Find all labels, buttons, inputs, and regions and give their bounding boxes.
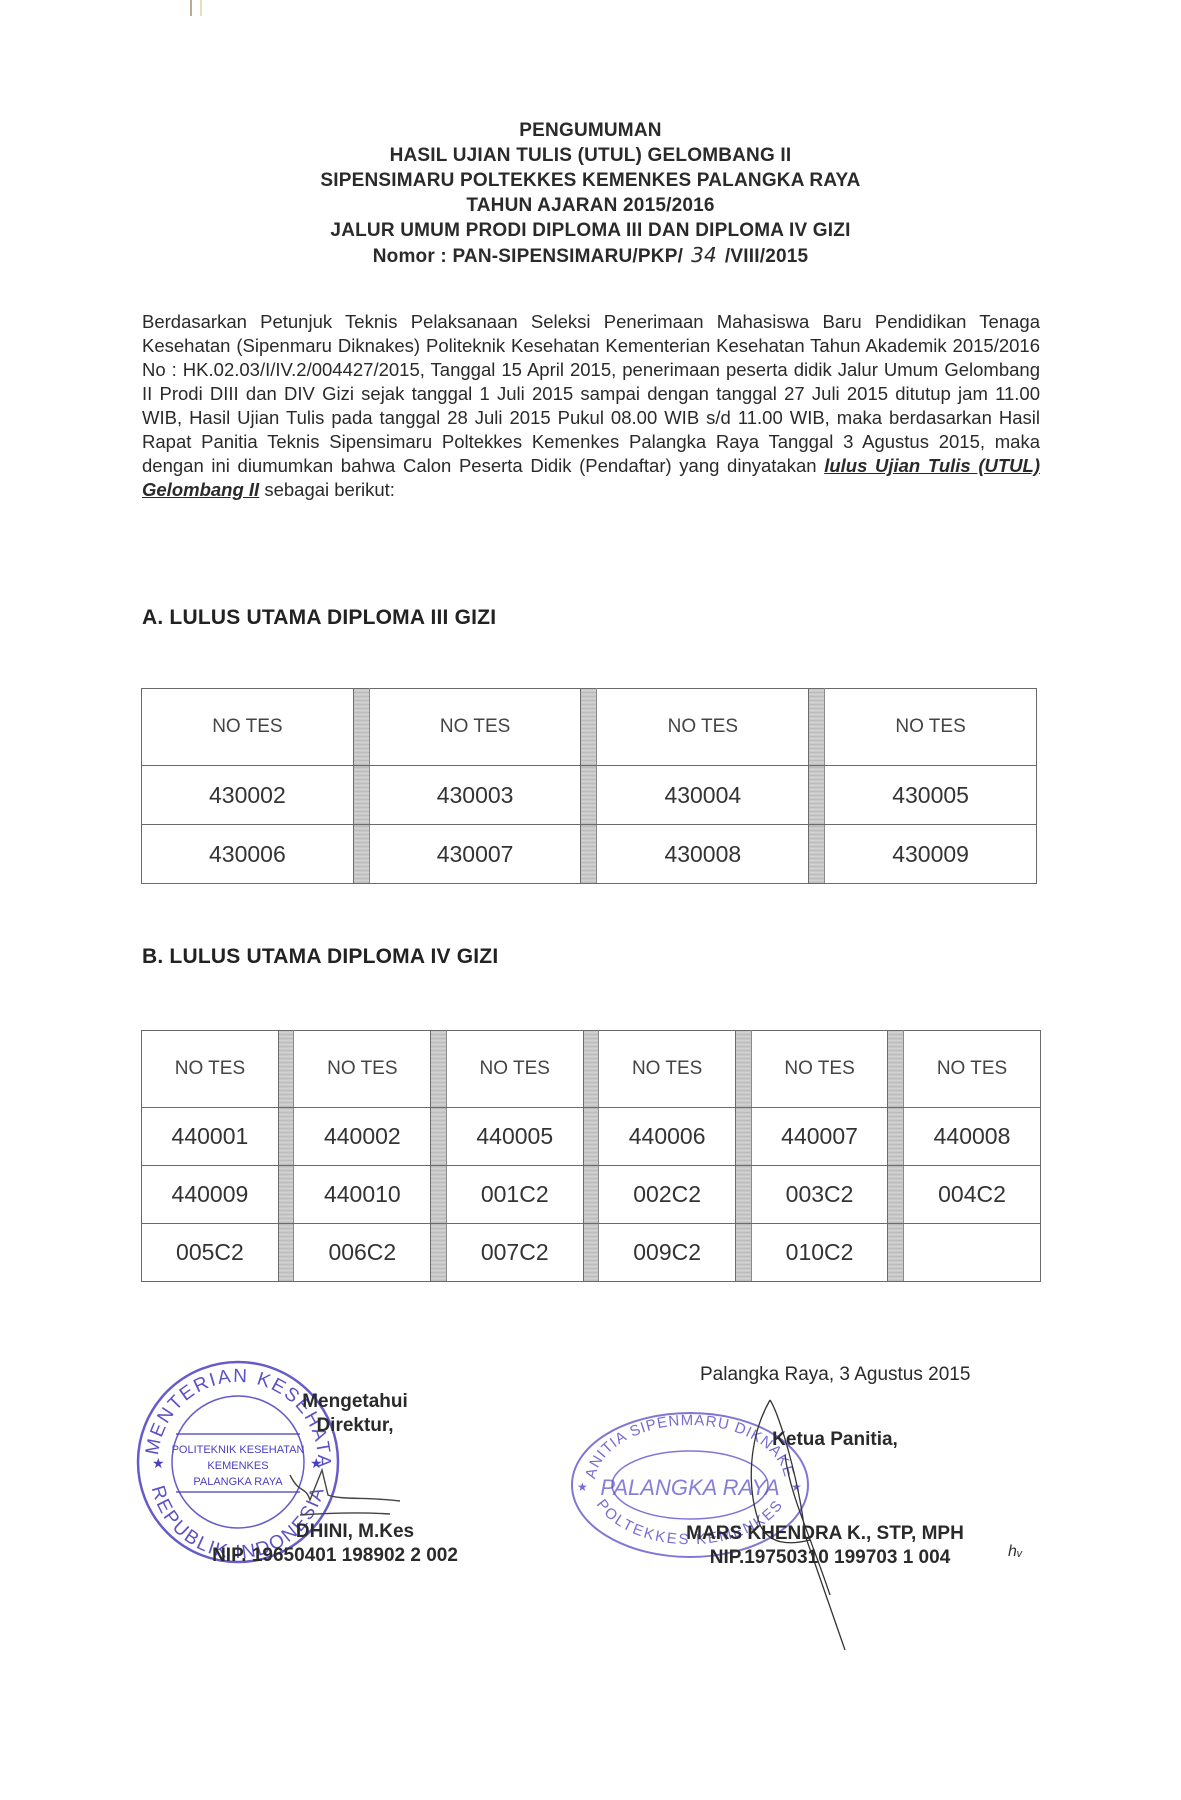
column-separator bbox=[353, 766, 369, 825]
test-number-cell: 009C2 bbox=[599, 1224, 736, 1282]
test-number-cell: NO TES bbox=[369, 689, 581, 766]
column-separator bbox=[431, 1031, 447, 1108]
paragraph-closing: sebagai berikut: bbox=[259, 479, 395, 500]
test-number-cell: 430008 bbox=[597, 825, 809, 884]
header-subtitle: HASIL UJIAN TULIS (UTUL) GELOMBANG II bbox=[0, 143, 1181, 168]
chairman-nip: NIP.19750310 199703 1 004 bbox=[600, 1546, 1050, 1570]
acknowledged-label: Mengetahui bbox=[170, 1390, 500, 1414]
header-title: PENGUMUMAN bbox=[0, 118, 1181, 143]
column-separator bbox=[736, 1224, 752, 1282]
column-separator bbox=[736, 1166, 752, 1224]
director-signature-block: Mengetahui Direktur, DHINI, M.Kes NIP. 1… bbox=[170, 1390, 500, 1568]
column-separator bbox=[583, 1166, 599, 1224]
test-number-cell: NO TES bbox=[599, 1031, 736, 1108]
director-nip: NIP. 19650401 198902 2 002 bbox=[170, 1544, 500, 1568]
test-number-cell: 430007 bbox=[369, 825, 581, 884]
column-separator bbox=[278, 1108, 294, 1166]
director-name: DHINI, M.Kes bbox=[170, 1520, 500, 1544]
paraf-initials: hᵥ bbox=[1008, 1543, 1023, 1561]
column-separator bbox=[888, 1166, 904, 1224]
test-number-cell: NO TES bbox=[294, 1031, 431, 1108]
test-number-cell: 010C2 bbox=[751, 1224, 888, 1282]
paragraph-text: Berdasarkan Petunjuk Teknis Pelaksanaan … bbox=[142, 311, 1040, 476]
column-separator bbox=[736, 1108, 752, 1166]
header-number: Nomor : PAN-SIPENSIMARU/PKP/34/VIII/2015 bbox=[0, 243, 1181, 269]
test-number-cell: 430005 bbox=[825, 766, 1037, 825]
test-number-cell: 440009 bbox=[142, 1166, 279, 1224]
chairman-role: Ketua Panitia, bbox=[600, 1428, 1050, 1452]
test-number-cell: 440008 bbox=[904, 1108, 1041, 1166]
column-separator bbox=[431, 1166, 447, 1224]
diploma-iv-results-table: NO TESNO TESNO TESNO TESNO TESNO TES 440… bbox=[141, 1030, 1041, 1282]
director-role: Direktur, bbox=[170, 1414, 500, 1438]
column-separator bbox=[809, 689, 825, 766]
diploma-iii-results-table: NO TESNO TESNO TESNO TES 430002430003430… bbox=[141, 688, 1037, 884]
column-separator bbox=[888, 1031, 904, 1108]
table-row: 430006430007430008430009 bbox=[142, 825, 1037, 884]
scan-artifact bbox=[190, 0, 192, 16]
test-number-cell: 430003 bbox=[369, 766, 581, 825]
test-number-cell: NO TES bbox=[904, 1031, 1041, 1108]
column-separator bbox=[809, 825, 825, 884]
test-number-cell: 430009 bbox=[825, 825, 1037, 884]
column-separator bbox=[353, 825, 369, 884]
section-a-title: A. LULUS UTAMA DIPLOMA III GIZI bbox=[142, 606, 496, 630]
test-number-cell: 440007 bbox=[751, 1108, 888, 1166]
test-number-cell: 430006 bbox=[142, 825, 354, 884]
chairman-name: MARS KHENDRA K., STP, MPH bbox=[600, 1522, 1050, 1546]
svg-text:★: ★ bbox=[152, 1455, 165, 1471]
column-separator bbox=[736, 1031, 752, 1108]
test-number-cell: 440002 bbox=[294, 1108, 431, 1166]
test-number-cell: 006C2 bbox=[294, 1224, 431, 1282]
chairman-signature-block: Ketua Panitia, MARS KHENDRA K., STP, MPH… bbox=[600, 1360, 1050, 1570]
test-number-cell bbox=[904, 1224, 1041, 1282]
test-number-cell: 001C2 bbox=[446, 1166, 583, 1224]
test-number-cell: NO TES bbox=[142, 1031, 279, 1108]
column-separator bbox=[581, 689, 597, 766]
test-number-cell: 430002 bbox=[142, 766, 354, 825]
svg-text:★: ★ bbox=[577, 1480, 588, 1494]
section-b-title: B. LULUS UTAMA DIPLOMA IV GIZI bbox=[142, 945, 498, 969]
table-row: 430002430003430004430005 bbox=[142, 766, 1037, 825]
column-separator bbox=[583, 1108, 599, 1166]
column-separator bbox=[809, 766, 825, 825]
column-separator bbox=[581, 766, 597, 825]
column-separator bbox=[583, 1224, 599, 1282]
table-row: 005C2006C2007C2009C2010C2 bbox=[142, 1224, 1041, 1282]
test-number-cell: NO TES bbox=[446, 1031, 583, 1108]
test-number-cell: NO TES bbox=[825, 689, 1037, 766]
header-institution: SIPENSIMARU POLTEKKES KEMENKES PALANGKA … bbox=[0, 168, 1181, 193]
document-header: PENGUMUMAN HASIL UJIAN TULIS (UTUL) GELO… bbox=[0, 118, 1181, 269]
column-separator bbox=[431, 1108, 447, 1166]
table-header-row: NO TESNO TESNO TESNO TES bbox=[142, 689, 1037, 766]
table-header-row: NO TESNO TESNO TESNO TESNO TESNO TES bbox=[142, 1031, 1041, 1108]
test-number-cell: 430004 bbox=[597, 766, 809, 825]
test-number-cell: 005C2 bbox=[142, 1224, 279, 1282]
test-number-cell: 004C2 bbox=[904, 1166, 1041, 1224]
test-number-cell: 003C2 bbox=[751, 1166, 888, 1224]
number-prefix: Nomor : PAN-SIPENSIMARU/PKP/ bbox=[373, 246, 683, 267]
test-number-cell: NO TES bbox=[597, 689, 809, 766]
test-number-cell: 440001 bbox=[142, 1108, 279, 1166]
test-number-cell: 002C2 bbox=[599, 1166, 736, 1224]
column-separator bbox=[353, 689, 369, 766]
announcement-paragraph: Berdasarkan Petunjuk Teknis Pelaksanaan … bbox=[142, 310, 1040, 502]
column-separator bbox=[888, 1108, 904, 1166]
column-separator bbox=[278, 1224, 294, 1282]
test-number-cell: NO TES bbox=[142, 689, 354, 766]
test-number-cell: 440010 bbox=[294, 1166, 431, 1224]
test-number-cell: 007C2 bbox=[446, 1224, 583, 1282]
column-separator bbox=[431, 1224, 447, 1282]
test-number-cell: 440005 bbox=[446, 1108, 583, 1166]
column-separator bbox=[581, 825, 597, 884]
number-handwritten: 34 bbox=[683, 243, 725, 267]
column-separator bbox=[278, 1166, 294, 1224]
test-number-cell: 440006 bbox=[599, 1108, 736, 1166]
header-academic-year: TAHUN AJARAN 2015/2016 bbox=[0, 193, 1181, 218]
scan-artifact bbox=[200, 0, 202, 16]
column-separator bbox=[583, 1031, 599, 1108]
number-suffix: /VIII/2015 bbox=[725, 246, 808, 267]
table-row: 440009440010001C2002C2003C2004C2 bbox=[142, 1166, 1041, 1224]
column-separator bbox=[278, 1031, 294, 1108]
table-row: 440001440002440005440006440007440008 bbox=[142, 1108, 1041, 1166]
test-number-cell: NO TES bbox=[751, 1031, 888, 1108]
column-separator bbox=[888, 1224, 904, 1282]
header-program: JALUR UMUM PRODI DIPLOMA III DAN DIPLOMA… bbox=[0, 218, 1181, 243]
